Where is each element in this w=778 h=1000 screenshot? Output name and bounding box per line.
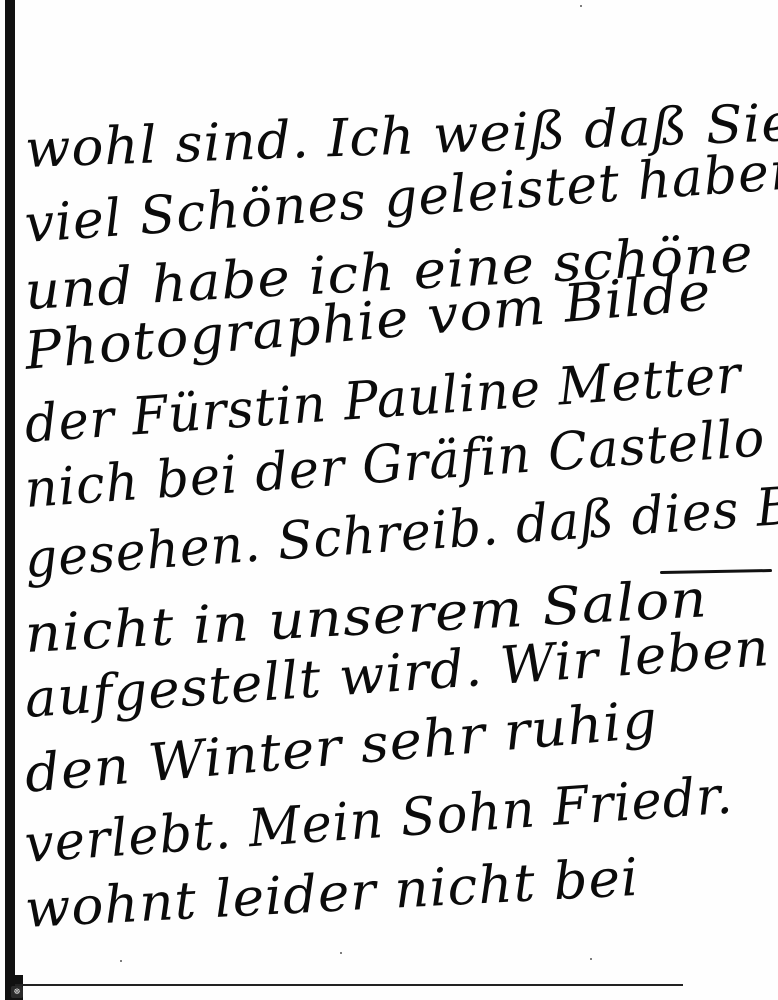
bottom-page-edge-line <box>15 984 683 986</box>
scan-speck <box>580 5 582 7</box>
left-binding-edge <box>5 0 15 1000</box>
scanned-letter-page: ☸ wohl sind. Ich weiß daß Sie viel Schön… <box>0 0 778 1000</box>
scan-speck <box>340 952 342 954</box>
corner-stamp-icon: ☸ <box>11 986 23 998</box>
scan-speck <box>120 960 122 962</box>
scan-speck <box>740 255 742 257</box>
salon-underline <box>660 569 772 574</box>
scan-speck <box>590 958 592 960</box>
